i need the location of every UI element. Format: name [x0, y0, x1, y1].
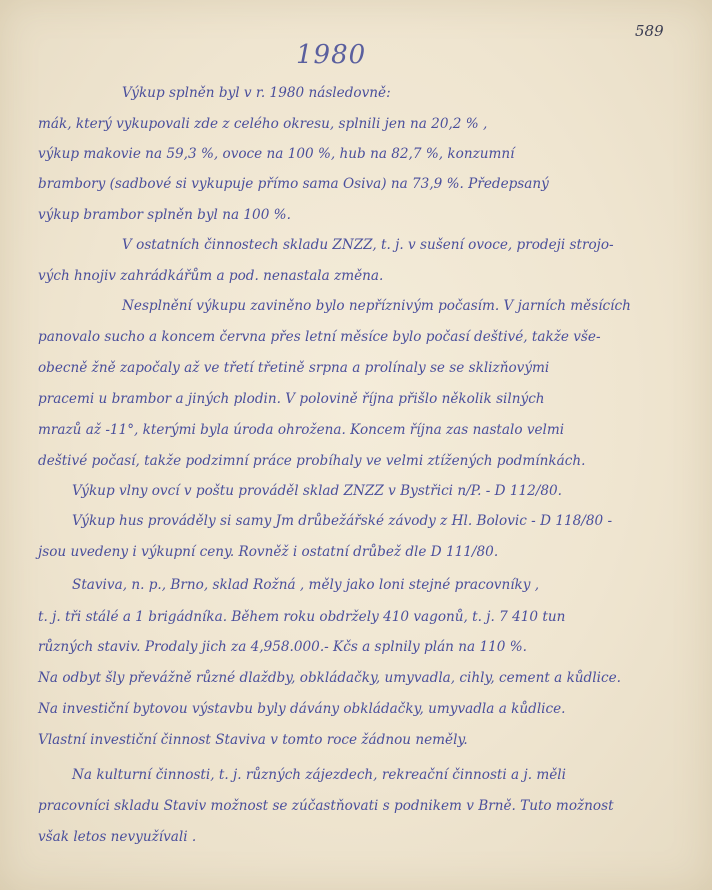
- text-line: V ostatních činnostech skladu ZNZZ, t. j…: [122, 236, 614, 254]
- text-line: výkup makovie na 59,3 %, ovoce na 100 %,…: [38, 145, 515, 163]
- text-line: t. j. tři stálé a 1 brigádníka. Během ro…: [38, 608, 565, 626]
- text-line: Vlastní investiční činnost Staviva v tom…: [38, 731, 468, 749]
- text-line: různých staviv. Prodaly jich za 4,958.00…: [38, 638, 527, 656]
- text-line: Na kulturní činnosti, t. j. různých záje…: [72, 766, 566, 784]
- text-line: obecně žně započaly až ve třetí třetině …: [38, 359, 549, 377]
- text-line: Na odbyt šly převážně různé dlaždby, obk…: [38, 669, 621, 687]
- text-line: pracemi u brambor a jiných plodin. V pol…: [38, 390, 545, 408]
- text-line: však letos nevyužívali .: [38, 828, 196, 846]
- text-line: jsou uvedeny i výkupní ceny. Rovněž i os…: [38, 543, 498, 561]
- year-heading: 1980: [296, 40, 366, 70]
- text-line: deštivé počasí, takže podzimní práce pro…: [38, 452, 585, 470]
- page-number: 589: [635, 22, 664, 40]
- text-line: Výkup splněn byl v r. 1980 následovně:: [122, 84, 391, 102]
- text-line: mrazů až -11°, kterými byla úroda ohrože…: [38, 421, 564, 439]
- text-line: Nesplnění výkupu zaviněno bylo nepřízniv…: [122, 297, 631, 315]
- text-line: Výkup hus prováděly si samy Jm drůbežářs…: [72, 512, 612, 530]
- chronicle-page: 589 1980 Výkup splněn byl v r. 1980 násl…: [0, 0, 712, 890]
- text-line: Výkup vlny ovcí v poštu prováděl sklad Z…: [72, 482, 562, 500]
- text-line: pracovníci skladu Staviv možnost se zúča…: [38, 797, 614, 815]
- text-line: výkup brambor splněn byl na 100 %.: [38, 206, 291, 224]
- text-line: vých hnojiv zahrádkářům a pod. nenastala…: [38, 267, 383, 285]
- text-line: Na investiční bytovou výstavbu byly dává…: [38, 700, 566, 718]
- text-line: panovalo sucho a koncem června přes letn…: [38, 328, 601, 346]
- text-line: mák, který vykupovali zde z celého okres…: [38, 115, 487, 133]
- text-line: brambory (sadbové si vykupuje přímo sama…: [38, 175, 549, 193]
- text-line: Staviva, n. p., Brno, sklad Rožná , měly…: [72, 576, 539, 594]
